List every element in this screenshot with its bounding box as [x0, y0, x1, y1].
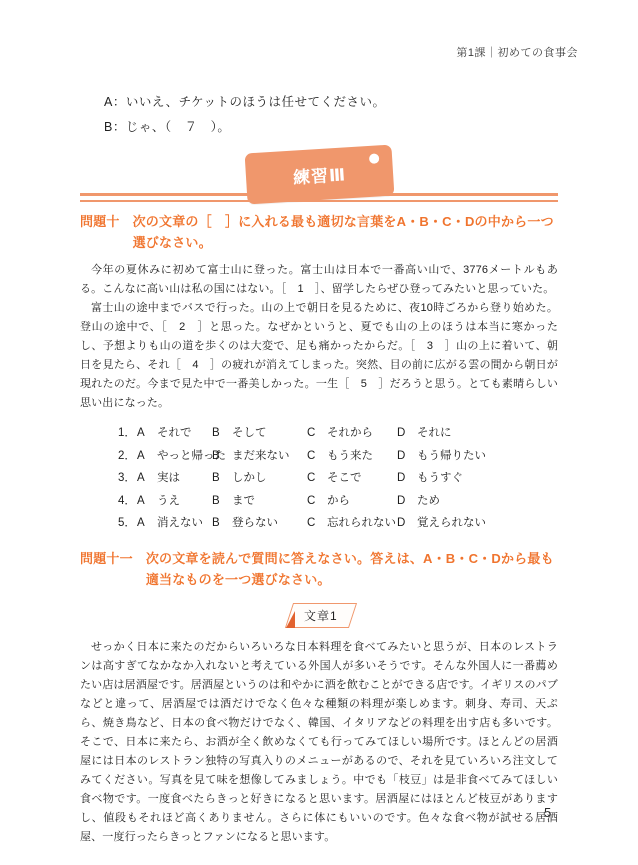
passage-tag-label: 文章1: [304, 607, 338, 624]
choice-option-a: Aやっと帰った: [137, 445, 212, 468]
option-text: もう帰りたい: [417, 450, 486, 462]
option-letter: B: [212, 467, 232, 490]
choice-option-b: Bそして: [212, 422, 307, 445]
option-letter: A: [137, 445, 157, 468]
option-letter: D: [397, 490, 417, 513]
passage-paragraph: 今年の夏休みに初めて富士山に登った。富士山は日本で一番高い山で、3776メートル…: [80, 261, 558, 299]
option-letter: C: [307, 467, 327, 490]
option-text: それから: [327, 427, 373, 439]
dialog-line-b: B：じゃ、（ ７ ）。: [104, 115, 385, 140]
problem10-passage: 今年の夏休みに初めて富士山に登った。富士山は日本で一番高い山で、3776メートル…: [80, 261, 558, 413]
problem11-passage: せっかく日本に来たのだからいろいろな日本料理を食べてみたいと思うが、日本のレスト…: [80, 638, 558, 847]
textbook-page: 第1課｜初めての食事会 A：いいえ、チケットのほうは任せてください。 B：じゃ、…: [0, 0, 638, 865]
option-letter: D: [397, 422, 417, 445]
choice-row-1: 1． Aそれで Bそして Cそれから Dそれに: [118, 422, 558, 445]
option-letter: C: [307, 512, 327, 535]
passage-tag: 文章1: [80, 603, 558, 628]
passage-paragraph: せっかく日本に来たのだからいろいろな日本料理を食べてみたいと思うが、日本のレスト…: [80, 638, 558, 847]
page-number: 5: [544, 805, 551, 820]
option-text: まで: [232, 495, 255, 507]
option-text: 消えない: [157, 517, 203, 529]
choice-number: 1．: [118, 422, 137, 445]
choice-option-c: Cもう来た: [307, 445, 397, 468]
choice-option-d: Dもう帰りたい: [397, 445, 558, 468]
option-letter: A: [137, 512, 157, 535]
choice-option-a: A消えない: [137, 512, 212, 535]
option-letter: D: [397, 467, 417, 490]
choices-list: 1． Aそれで Bそして Cそれから Dそれに 2． Aやっと帰った Bまだ来な…: [118, 422, 558, 535]
choice-row-4: 4． Aうえ Bまで Cから Dため: [118, 490, 558, 513]
option-letter: A: [137, 490, 157, 513]
choice-option-d: Dそれに: [397, 422, 558, 445]
choice-option-c: Cそれから: [307, 422, 397, 445]
passage-tag-box: 文章1: [285, 603, 357, 628]
option-text: 実は: [157, 472, 180, 484]
option-text: そして: [232, 427, 267, 439]
divider-thin: [80, 200, 558, 202]
choice-option-b: Bしかし: [212, 467, 307, 490]
choice-option-d: Dもうすぐ: [397, 467, 558, 490]
page-content: 問題十 次の文章の［ ］に入れる最も適切な言葉をA・B・C・Dの中から一つ選びな…: [80, 211, 558, 847]
problem11-heading: 問題十一 次の文章を読んで質問に答えなさい。答えは、A・B・C・Dから最も適当な…: [80, 548, 558, 590]
tag-triangle-icon: [286, 611, 295, 628]
choice-option-c: Cから: [307, 490, 397, 513]
option-letter: A: [137, 467, 157, 490]
option-letter: C: [307, 490, 327, 513]
problem11-instruction: 次の文章を読んで質問に答えなさい。答えは、A・B・C・Dから最も適当なものを一つ…: [146, 548, 558, 590]
dialog-block: A：いいえ、チケットのほうは任せてください。 B：じゃ、（ ７ ）。: [104, 90, 385, 140]
option-text: もうすぐ: [417, 472, 463, 484]
choice-option-b: B登らない: [212, 512, 307, 535]
choice-number: 3．: [118, 467, 137, 490]
option-letter: C: [307, 445, 327, 468]
choice-option-c: Cそこで: [307, 467, 397, 490]
option-text: そこで: [327, 472, 362, 484]
choice-number: 4．: [118, 490, 137, 513]
option-text: ため: [417, 495, 440, 507]
choice-option-a: A実は: [137, 467, 212, 490]
option-text: それで: [157, 427, 192, 439]
option-text: もう来た: [327, 450, 373, 462]
option-text: 登らない: [232, 517, 278, 529]
choice-row-2: 2． Aやっと帰った Bまだ来ない Cもう来た Dもう帰りたい: [118, 445, 558, 468]
option-text: それに: [417, 427, 452, 439]
option-text: しかし: [232, 472, 267, 484]
problem10-instruction: 次の文章の［ ］に入れる最も適切な言葉をA・B・C・Dの中から一つ選びなさい。: [133, 211, 558, 253]
choice-option-c: C忘れられない: [307, 512, 397, 535]
choice-option-b: Bまだ来ない: [212, 445, 307, 468]
option-letter: C: [307, 422, 327, 445]
option-letter: B: [212, 512, 232, 535]
option-letter: D: [397, 512, 417, 535]
divider-thick: [80, 193, 558, 196]
option-text: 忘れられない: [327, 517, 396, 529]
option-text: 覚えられない: [417, 517, 486, 529]
choice-option-a: Aそれで: [137, 422, 212, 445]
option-text: まだ来ない: [232, 450, 290, 462]
choice-number: 2．: [118, 445, 137, 468]
choice-option-d: D覚えられない: [397, 512, 558, 535]
choice-number: 5．: [118, 512, 137, 535]
running-header: 第1課｜初めての食事会: [456, 44, 578, 60]
option-letter: B: [212, 490, 232, 513]
option-text: うえ: [157, 495, 180, 507]
option-letter: D: [397, 445, 417, 468]
choice-option-d: Dため: [397, 490, 558, 513]
problem11-label: 問題十一: [80, 548, 133, 590]
choice-option-a: Aうえ: [137, 490, 212, 513]
choice-option-b: Bまで: [212, 490, 307, 513]
problem10-heading: 問題十 次の文章の［ ］に入れる最も適切な言葉をA・B・C・Dの中から一つ選びな…: [80, 211, 558, 253]
option-text: から: [327, 495, 350, 507]
dialog-line-a: A：いいえ、チケットのほうは任せてください。: [104, 90, 385, 115]
choice-row-5: 5． A消えない B登らない C忘れられない D覚えられない: [118, 512, 558, 535]
tab-hole-icon: [369, 153, 380, 164]
option-letter: B: [212, 445, 232, 468]
problem10-label: 問題十: [80, 211, 120, 253]
section-tab-label: 練習Ⅲ: [292, 160, 347, 188]
choice-row-3: 3． A実は Bしかし Cそこで Dもうすぐ: [118, 467, 558, 490]
option-letter: B: [212, 422, 232, 445]
passage-paragraph: 富士山の途中までバスで行った。山の上で朝日を見るために、夜10時ごろから登り始め…: [80, 299, 558, 413]
option-letter: A: [137, 422, 157, 445]
